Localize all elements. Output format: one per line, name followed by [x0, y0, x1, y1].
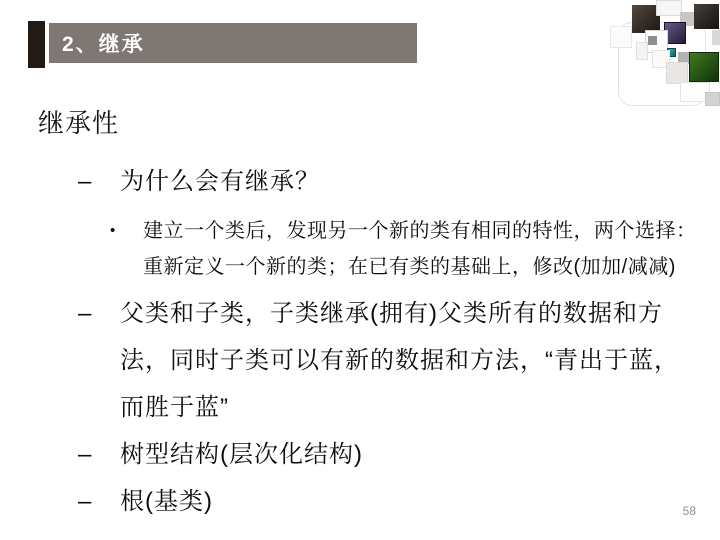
mosaic-green-square — [689, 52, 719, 82]
bullet-item: – 父类和子类，子类继承(拥有)父类所有的数据和方法，同时子类可以有新的数据和方… — [38, 290, 702, 431]
mosaic-square — [610, 26, 632, 48]
bullet-item: – 为什么会有继承？ — [38, 158, 702, 205]
section-heading: 继承性 — [38, 106, 702, 140]
bullet-marker: – — [78, 290, 120, 337]
bullet-item: – 树型结构(层次化结构) — [38, 431, 702, 478]
bullet-marker: – — [78, 478, 120, 525]
slide-body: 继承性 – 为什么会有继承？ • 建立一个类后，发现另一个新的类有相同的特性，两… — [38, 106, 702, 525]
slide-title-bar: 2、继承 — [49, 23, 417, 63]
bullet-text: 为什么会有继承？ — [120, 158, 694, 205]
bullet-item: – 根(基类) — [38, 478, 702, 525]
page-number: 58 — [683, 504, 696, 518]
mosaic-dark-square — [694, 4, 719, 29]
bullet-marker: • — [110, 213, 143, 249]
mosaic-square — [656, 0, 682, 16]
bullet-subitem: • 建立一个类后，发现另一个新的类有相同的特性，两个选择：重新定义一个新的类；在… — [38, 213, 702, 285]
bullet-text: 建立一个类后，发现另一个新的类有相同的特性，两个选择：重新定义一个新的类；在已有… — [143, 213, 701, 285]
bullet-text: 父类和子类，子类继承(拥有)父类所有的数据和方法，同时子类可以有新的数据和方法，… — [120, 290, 694, 431]
mosaic-square — [712, 30, 720, 45]
bullet-text: 根(基类) — [120, 478, 694, 525]
mosaic-square — [666, 62, 688, 84]
slide-title: 2、继承 — [62, 28, 145, 58]
mosaic-square — [705, 92, 720, 106]
header-accent-bar — [28, 21, 45, 68]
mosaic-square — [648, 36, 657, 45]
mosaic-square — [636, 42, 648, 60]
bullet-marker: – — [78, 158, 120, 205]
decoration-mosaic — [608, 0, 720, 108]
bullet-marker: – — [78, 431, 120, 478]
bullet-text: 树型结构(层次化结构) — [120, 431, 694, 478]
